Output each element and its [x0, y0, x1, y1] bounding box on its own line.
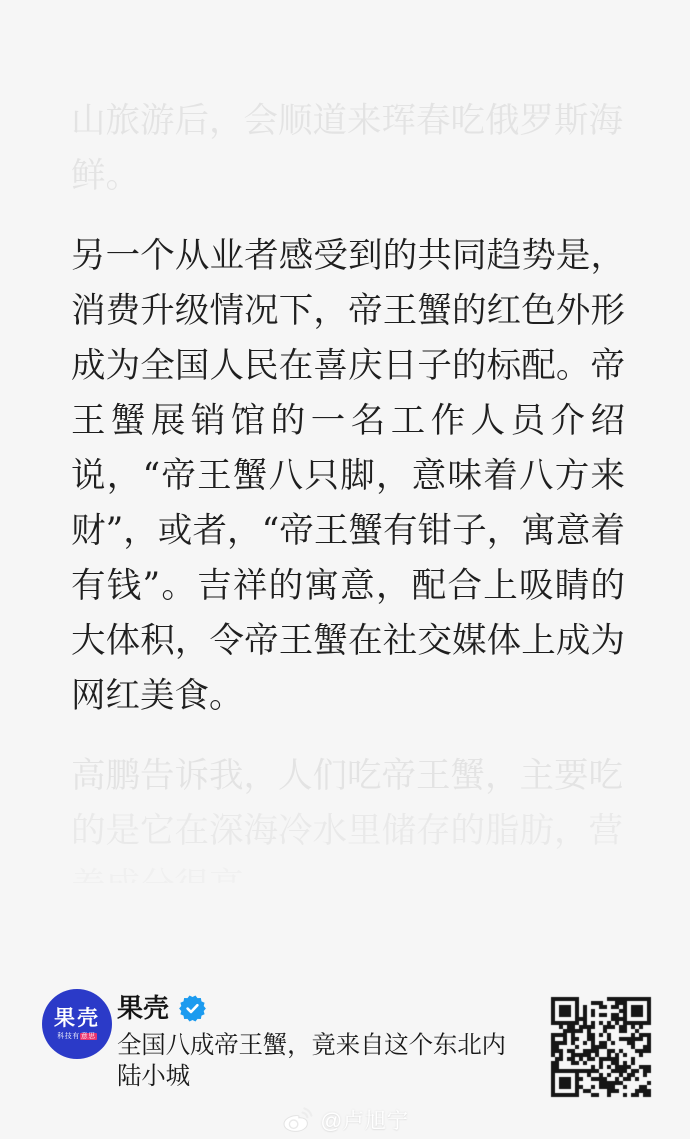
weibo-watermark: @卢旭宁: [0, 1103, 690, 1135]
faded-line: 鲜。: [71, 149, 625, 204]
account-name: 果壳: [117, 992, 169, 1024]
post-title: 全国八成帝王蟹，竟来自这个东北内陆小城: [117, 1031, 517, 1092]
faded-line: 的是它在深海冷水里储存的脂肪，营: [71, 804, 625, 859]
faded-line: 高鹏告诉我，人们吃帝王蟹，主要吃: [71, 749, 625, 804]
main-paragraph: 另一个从业者感受到的共同趋势是，消费升级情况下，帝王蟹的红色外形成为全国人民在喜…: [71, 229, 625, 724]
faded-line: 山旅游后，会顺道来珲春吃俄罗斯海: [71, 94, 625, 149]
faded-paragraph-bottom: 高鹏告诉我，人们吃帝王蟹，主要吃 的是它在深海冷水里储存的脂肪，营 养成分很高: [71, 749, 625, 883]
qr-code: [547, 993, 655, 1101]
weibo-icon: [281, 1106, 313, 1133]
verified-badge-icon: [179, 995, 206, 1022]
guokr-avatar: 果壳 科技有意思: [42, 989, 112, 1059]
avatar-logo-text: 果壳: [54, 1008, 100, 1030]
weibo-long-image-card: 山旅游后，会顺道来珲春吃俄罗斯海 鲜。 另一个从业者感受到的共同趋势是，消费升级…: [0, 0, 690, 1139]
clipped-faded-line: 养成分很高: [71, 859, 625, 883]
avatar-tagline-highlight: 意思: [80, 1033, 97, 1040]
faded-paragraph-top: 山旅游后，会顺道来珲春吃俄罗斯海 鲜。: [71, 94, 625, 204]
watermark-text: @卢旭宁: [320, 1104, 408, 1135]
avatar-tagline: 科技有意思: [57, 1032, 97, 1041]
account-row: 果壳: [117, 992, 206, 1024]
avatar-tagline-prefix: 科技有: [57, 1033, 80, 1040]
